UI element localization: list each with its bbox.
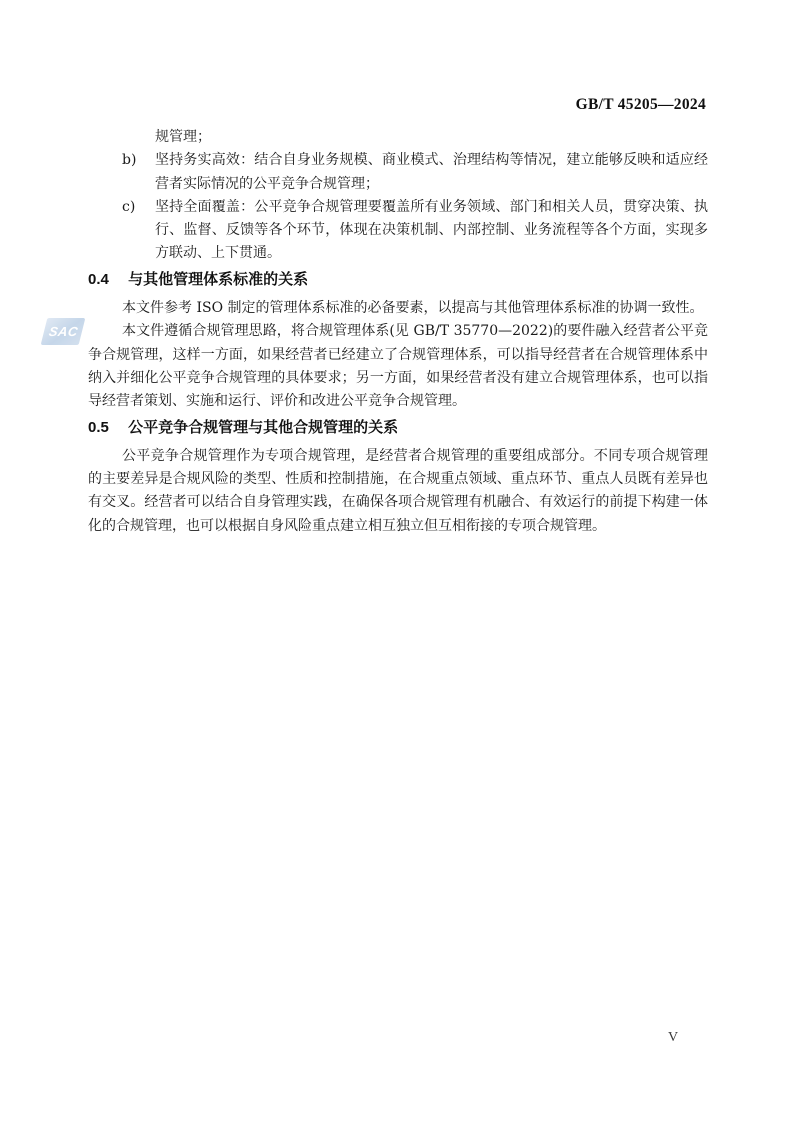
list-item-label: b): [122, 149, 155, 196]
standard-code-header: GB/T 45205—2024: [576, 96, 706, 114]
page-number: V: [668, 1030, 678, 1046]
section-0-4-paragraph-1: 本文件参考 ISO 制定的管理体系标准的必备要素，以提高与其他管理体系标准的协调…: [88, 297, 708, 320]
section-heading-0-5: 0.5 公平竞争合规管理与其他合规管理的关系: [88, 416, 708, 439]
section-title: 与其他管理体系标准的关系: [128, 270, 308, 288]
section-title: 公平竞争合规管理与其他合规管理的关系: [128, 418, 398, 436]
sac-watermark: SAC: [41, 318, 86, 345]
sac-watermark-text: SAC: [47, 324, 79, 339]
list-item-label: c): [122, 196, 155, 266]
section-number: 0.5: [88, 419, 109, 436]
list-item-text: 坚持务实高效：结合自身业务规模、商业模式、治理结构等情况，建立能够反映和适应经营…: [155, 149, 708, 196]
list-item-text: 坚持全面覆盖：公平竞争合规管理要覆盖所有业务领域、部门和相关人员，贯穿决策、执行…: [155, 196, 708, 266]
list-item-b: b) 坚持务实高效：结合自身业务规模、商业模式、治理结构等情况，建立能够反映和适…: [88, 149, 708, 196]
section-0-4-paragraph-2: 本文件遵循合规管理思路，将合规管理体系(见 GB/T 35770—2022)的要…: [88, 320, 708, 413]
section-0-5-paragraph-1: 公平竞争合规管理作为专项合规管理，是经营者合规管理的重要组成部分。不同专项合规管…: [88, 445, 708, 538]
page-content: 规管理； b) 坚持务实高效：结合自身业务规模、商业模式、治理结构等情况，建立能…: [88, 126, 708, 538]
document-page: GB/T 45205—2024 SAC 规管理； b) 坚持务实高效：结合自身业…: [0, 0, 793, 1122]
section-heading-0-4: 0.4 与其他管理体系标准的关系: [88, 268, 708, 291]
section-number: 0.4: [88, 271, 109, 288]
list-item-c: c) 坚持全面覆盖：公平竞争合规管理要覆盖所有业务领域、部门和相关人员，贯穿决策…: [88, 196, 708, 266]
list-continuation-line: 规管理；: [88, 126, 708, 149]
